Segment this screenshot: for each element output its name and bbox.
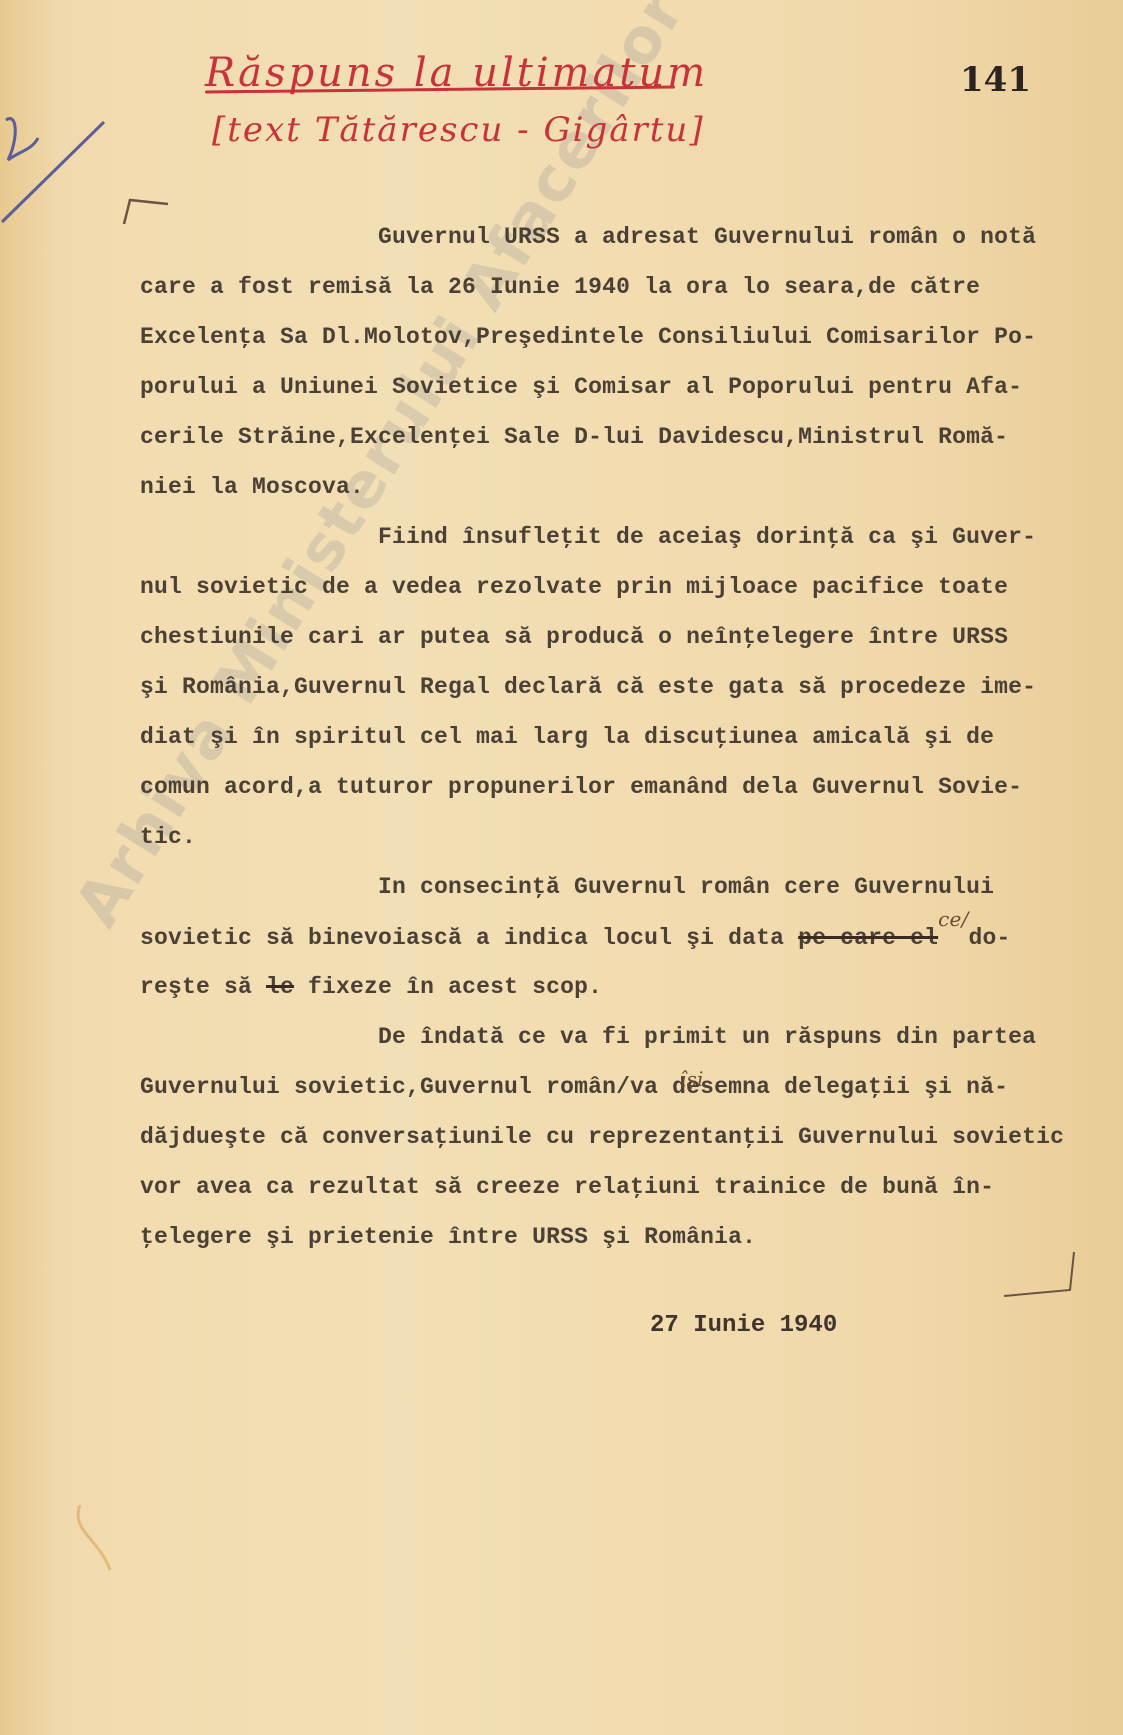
text-line: De îndată ce va fi primit un răspuns din… xyxy=(140,1012,1090,1062)
page-number: 141 xyxy=(960,60,1031,100)
text-line: diat şi în spiritul cel mai larg la disc… xyxy=(140,712,1090,762)
text-line: Excelenţa Sa Dl.Molotov,Preşedintele Con… xyxy=(140,312,1090,362)
handwritten-subtitle: [text Tătărescu - Gigârtu] xyxy=(212,110,705,150)
text-line: dăjdueşte că conversaţiunile cu reprezen… xyxy=(140,1112,1090,1162)
text-fragment: do- xyxy=(969,925,1011,951)
text-line: şi România,Guvernul Regal declară că est… xyxy=(140,662,1090,712)
text-line: vor avea ca rezultat să creeze relaţiuni… xyxy=(140,1162,1090,1212)
typed-letter-body: Guvernul URSS a adresat Guvernului român… xyxy=(140,212,1090,1262)
text-line: cerile Străine,Excelenţei Sale D-lui Dav… xyxy=(140,412,1090,462)
closing-bracket-mark xyxy=(1000,1250,1080,1300)
paragraph-3: In consecinţă Guvernul român cere Guvern… xyxy=(140,862,1090,1012)
text-line: care a fost remisă la 26 Iunie 1940 la o… xyxy=(140,262,1090,312)
text-fragment: Guvernului sovietic,Guvernul român/va de… xyxy=(140,1074,1008,1100)
text-line: ţelegere şi prietenie între URSS şi Româ… xyxy=(140,1212,1090,1262)
text-fragment: fixeze în acest scop. xyxy=(294,974,602,1000)
handwritten-insertion: îşi xyxy=(680,1054,704,1104)
document-page: Arhiva Ministerului Afacerilor Externe R… xyxy=(0,0,1123,1735)
text-line: niei la Moscova. xyxy=(140,462,1090,512)
paragraph-1: Guvernul URSS a adresat Guvernului român… xyxy=(140,212,1090,512)
text-line: chestiunile cari ar putea să producă o n… xyxy=(140,612,1090,662)
paragraph-2: Fiind însufleţit de aceiaş dorinţă ca şi… xyxy=(140,512,1090,862)
text-line: Guvernul URSS a adresat Guvernului român… xyxy=(140,212,1090,262)
text-line: In consecinţă Guvernul român cere Guvern… xyxy=(140,862,1090,912)
handwritten-insertion: ce/ xyxy=(938,907,968,931)
text-line: reşte să le fixeze în acest scop. xyxy=(140,962,1090,1012)
text-line: comun acord,a tuturor propunerilor emanâ… xyxy=(140,762,1090,812)
text-line: nul sovietic de a vedea rezolvate prin m… xyxy=(140,562,1090,612)
struck-text: pe care el xyxy=(798,925,938,951)
margin-annotation-mark xyxy=(0,110,110,230)
text-line: Fiind însufleţit de aceiaş dorinţă ca şi… xyxy=(140,512,1090,562)
text-fragment: reşte să xyxy=(140,974,266,1000)
paragraph-4: De îndată ce va fi primit un răspuns din… xyxy=(140,1012,1090,1262)
text-line: porului a Uniunei Sovietice şi Comisar a… xyxy=(140,362,1090,412)
text-line: tic. xyxy=(140,812,1090,862)
struck-text: le xyxy=(266,974,294,1000)
paper-stain xyxy=(60,1500,120,1580)
text-fragment: sovietic să binevoiască a indica locul ş… xyxy=(140,925,798,951)
document-date: 27 Iunie 1940 xyxy=(650,1312,837,1339)
text-line: sovietic să binevoiască a indica locul ş… xyxy=(140,912,1090,962)
text-line: îşiGuvernului sovietic,Guvernul român/va… xyxy=(140,1062,1090,1112)
